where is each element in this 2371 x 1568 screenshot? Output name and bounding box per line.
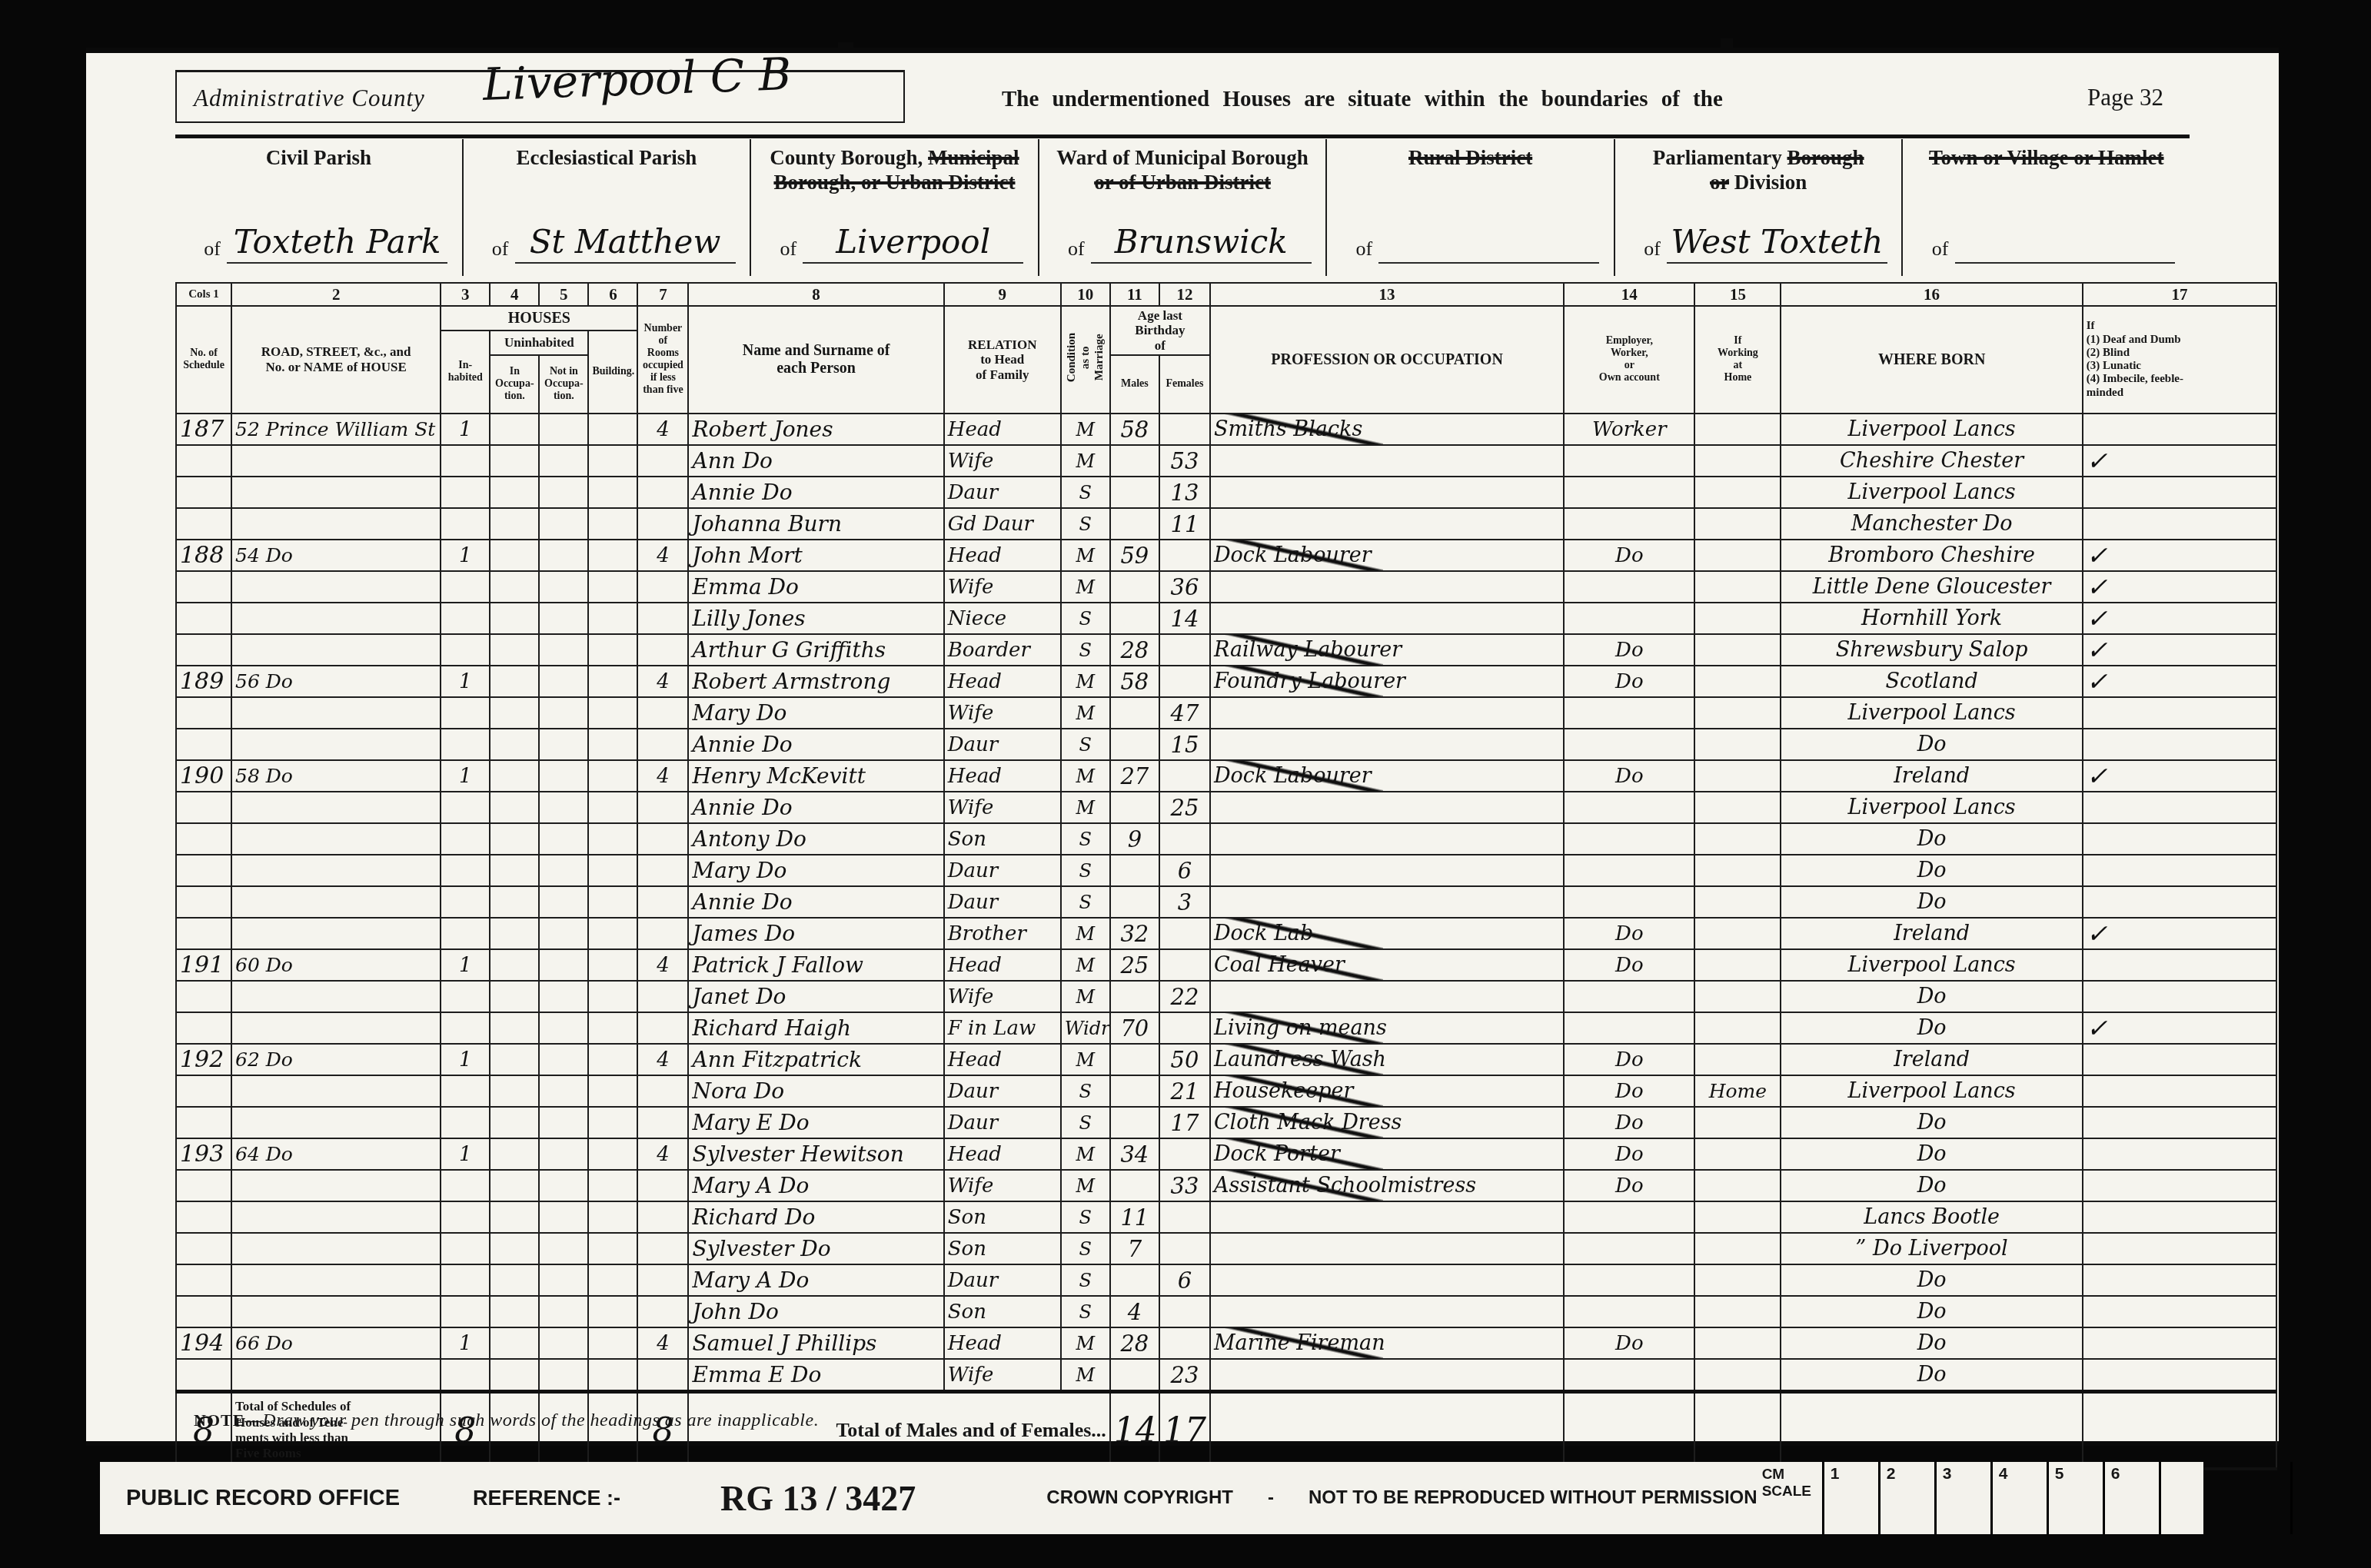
inhabited-cell: [441, 981, 490, 1012]
inhabited-cell: [441, 603, 490, 634]
road-cell: 56 Do: [231, 666, 441, 697]
road-cell: [231, 1012, 441, 1044]
table-row: 192 62 Do 1 4 Ann Fitzpatrick Head M 50 …: [176, 1044, 2276, 1075]
schedule-number-cell: [176, 634, 231, 666]
cm-scale-box: 5: [2047, 1462, 2103, 1534]
working-at-home-cell: [1694, 666, 1781, 697]
age-female-cell: [1159, 1201, 1210, 1233]
inhabited-cell: [441, 1170, 490, 1201]
in-occupation-cell: [490, 792, 539, 823]
road-cell: [231, 886, 441, 918]
profession-cell: Assistant Schoolmistress: [1210, 1170, 1564, 1201]
where-born-cell: Do: [1781, 981, 2082, 1012]
inhabited-cell: [441, 1264, 490, 1296]
reference-label: REFERENCE :-: [473, 1487, 620, 1510]
not-in-occupation-cell: [539, 445, 588, 477]
working-at-home-cell: [1694, 445, 1781, 477]
schedule-number-cell: [176, 981, 231, 1012]
name-cell: Henry McKevitt: [688, 760, 943, 792]
schedule-number-cell: [176, 855, 231, 886]
empty-cell: [1781, 1392, 2082, 1470]
infirmity-tick-cell: [2083, 823, 2276, 855]
column-number: 11: [1110, 283, 1159, 306]
age-female-cell: [1159, 1233, 1210, 1264]
relation-cell: Head: [944, 760, 1061, 792]
inhabited-cell: 1: [441, 1138, 490, 1170]
schedule-number-cell: 190: [176, 760, 231, 792]
condition-cell: S: [1061, 508, 1110, 540]
of-word: of: [1356, 238, 1373, 261]
in-occupation-cell: [490, 571, 539, 603]
empty-cell: [1564, 1392, 1694, 1470]
header-inhabited: In- habited: [441, 331, 490, 414]
profession-cell: Dock Labourer: [1210, 760, 1564, 792]
header-schedule: No. of Schedule: [176, 306, 231, 414]
column-number: 2: [231, 283, 441, 306]
profession-cell: Coal Heaver: [1210, 949, 1564, 981]
profession-cell: [1210, 886, 1564, 918]
inhabited-cell: [441, 1296, 490, 1327]
condition-cell: M: [1061, 697, 1110, 729]
age-female-cell: [1159, 1138, 1210, 1170]
working-at-home-cell: [1694, 1233, 1781, 1264]
inhabited-cell: [441, 729, 490, 760]
working-at-home-cell: [1694, 1201, 1781, 1233]
profession-cell: Housekeeper: [1210, 1075, 1564, 1107]
district-title-segment: Borough: [1787, 146, 1864, 169]
relation-cell: Wife: [944, 981, 1061, 1012]
employer-cell: Do: [1564, 1170, 1694, 1201]
working-at-home-cell: [1694, 414, 1781, 445]
road-cell: 64 Do: [231, 1138, 441, 1170]
condition-cell: S: [1061, 634, 1110, 666]
road-cell: [231, 729, 441, 760]
road-cell: [231, 1170, 441, 1201]
inhabited-cell: 1: [441, 666, 490, 697]
header-building: Building.: [588, 331, 637, 414]
profession-cell: Cloth Mack Dress: [1210, 1107, 1564, 1138]
road-cell: [231, 634, 441, 666]
age-male-cell: [1110, 886, 1159, 918]
age-female-cell: 3: [1159, 886, 1210, 918]
infirmity-tick-cell: ✓: [2083, 445, 2276, 477]
infirmity-tick-cell: [2083, 1138, 2276, 1170]
age-male-cell: 27: [1110, 760, 1159, 792]
schedule-number-cell: 193: [176, 1138, 231, 1170]
in-occupation-cell: [490, 1327, 539, 1359]
header-infirmity: If (1) Deaf and Dumb (2) Blind (3) Lunat…: [2083, 306, 2276, 414]
district-value-handwritten: [1378, 261, 1599, 264]
in-occupation-cell: [490, 540, 539, 571]
building-cell: [588, 1233, 637, 1264]
condition-cell: S: [1061, 1201, 1110, 1233]
profession-cell: Foundry Labourer: [1210, 666, 1564, 697]
employer-cell: Do: [1564, 1044, 1694, 1075]
relation-cell: Daur: [944, 1264, 1061, 1296]
age-male-cell: 4: [1110, 1296, 1159, 1327]
infirmity-tick-cell: [2083, 508, 2276, 540]
inhabited-cell: [441, 855, 490, 886]
condition-cell: S: [1061, 729, 1110, 760]
district-title-segment: Borough, or Urban District: [773, 171, 1015, 194]
building-cell: [588, 1044, 637, 1075]
condition-cell: M: [1061, 918, 1110, 949]
schedule-number-cell: 194: [176, 1327, 231, 1359]
header-not-in-occupation: Not in Occupa- tion.: [539, 355, 588, 414]
header-where-born: WHERE BORN: [1781, 306, 2082, 414]
district-title-segment: Rural District: [1408, 146, 1532, 169]
schedule-number-cell: 191: [176, 949, 231, 981]
name-cell: Annie Do: [688, 792, 943, 823]
header-name: Name and Surname of each Person: [688, 306, 943, 414]
road-cell: [231, 855, 441, 886]
where-born-cell: Shrewsbury Salop: [1781, 634, 2082, 666]
in-occupation-cell: [490, 697, 539, 729]
column-number: 3: [441, 283, 490, 306]
building-cell: [588, 1296, 637, 1327]
table-row: Richard Do Son S 11 Lancs Bootle: [176, 1201, 2276, 1233]
age-female-cell: [1159, 666, 1210, 697]
schedule-number-cell: [176, 571, 231, 603]
profession-cell: [1210, 823, 1564, 855]
working-at-home-cell: [1694, 508, 1781, 540]
condition-cell: M: [1061, 1327, 1110, 1359]
name-cell: Mary E Do: [688, 1107, 943, 1138]
road-cell: [231, 981, 441, 1012]
age-female-cell: [1159, 949, 1210, 981]
name-cell: Richard Haigh: [688, 1012, 943, 1044]
building-cell: [588, 697, 637, 729]
table-row: Mary Do Daur S 6 Do: [176, 855, 2276, 886]
age-female-cell: 47: [1159, 697, 1210, 729]
relation-cell: Niece: [944, 603, 1061, 634]
header-road: ROAD, STREET, &c., and No. or NAME of HO…: [231, 306, 441, 414]
name-cell: Sylvester Hewitson: [688, 1138, 943, 1170]
in-occupation-cell: [490, 1138, 539, 1170]
of-word: of: [1932, 238, 1949, 261]
not-in-occupation-cell: [539, 571, 588, 603]
rooms-cell: [637, 855, 688, 886]
not-in-occupation-cell: [539, 760, 588, 792]
not-in-occupation-cell: [539, 1107, 588, 1138]
infirmity-tick-cell: [2083, 697, 2276, 729]
header-age: Age last Birthday of: [1110, 306, 1210, 355]
road-cell: [231, 1359, 441, 1392]
where-born-cell: Little Dene Gloucester: [1781, 571, 2082, 603]
not-in-occupation-cell: [539, 1075, 588, 1107]
column-number: 6: [588, 283, 637, 306]
building-cell: [588, 508, 637, 540]
table-row: Annie Do Daur S 3 Do: [176, 886, 2276, 918]
profession-cell: [1210, 1296, 1564, 1327]
rooms-cell: [637, 1012, 688, 1044]
age-female-cell: 13: [1159, 477, 1210, 508]
age-female-cell: [1159, 1296, 1210, 1327]
table-row: Annie Do Daur S 15 Do: [176, 729, 2276, 760]
profession-cell: Dock Porter: [1210, 1138, 1564, 1170]
road-cell: [231, 603, 441, 634]
schedule-number-cell: [176, 477, 231, 508]
working-at-home-cell: [1694, 1107, 1781, 1138]
age-male-cell: 70: [1110, 1012, 1159, 1044]
where-born-cell: Liverpool Lancs: [1781, 414, 2082, 445]
district-title-segment: or: [1710, 171, 1729, 194]
in-occupation-cell: [490, 1012, 539, 1044]
profession-cell: [1210, 981, 1564, 1012]
not-in-occupation-cell: [539, 949, 588, 981]
profession-cell: [1210, 792, 1564, 823]
column-number: 14: [1564, 283, 1694, 306]
column-number: 15: [1694, 283, 1781, 306]
of-word: of: [204, 238, 221, 261]
schedule-number-cell: [176, 1264, 231, 1296]
employer-cell: [1564, 823, 1694, 855]
condition-cell: M: [1061, 666, 1110, 697]
infirmity-tick-cell: ✓: [2083, 571, 2276, 603]
where-born-cell: Do: [1781, 1170, 2082, 1201]
inhabited-cell: 1: [441, 949, 490, 981]
in-occupation-cell: [490, 886, 539, 918]
infirmity-tick-cell: [2083, 1233, 2276, 1264]
schedule-number-cell: [176, 697, 231, 729]
schedule-number-cell: [176, 1170, 231, 1201]
name-cell: Annie Do: [688, 886, 943, 918]
where-born-cell: Do: [1781, 1107, 2082, 1138]
age-male-cell: 28: [1110, 634, 1159, 666]
infirmity-tick-cell: [2083, 949, 2276, 981]
working-at-home-cell: [1694, 886, 1781, 918]
of-word: of: [1644, 238, 1661, 261]
infirmity-tick-cell: [2083, 1201, 2276, 1233]
building-cell: [588, 1170, 637, 1201]
working-at-home-cell: [1694, 1359, 1781, 1392]
building-cell: [588, 634, 637, 666]
profession-cell: [1210, 1233, 1564, 1264]
schedule-number-cell: [176, 1201, 231, 1233]
scanned-census-page: Administrative County Liverpool C B The …: [0, 0, 2371, 1568]
column-number: 10: [1061, 283, 1110, 306]
condition-cell: M: [1061, 760, 1110, 792]
rooms-cell: [637, 886, 688, 918]
column-number: Cols 1: [176, 283, 231, 306]
cm-scale-box-empty: [2159, 1462, 2293, 1534]
empty-cell: [1210, 1392, 1564, 1470]
not-in-occupation-cell: [539, 792, 588, 823]
district-box: County Borough, MunicipalBorough, or Urb…: [751, 139, 1039, 276]
table-row: 193 64 Do 1 4 Sylvester Hewitson Head M …: [176, 1138, 2276, 1170]
inhabited-cell: 1: [441, 1044, 490, 1075]
building-cell: [588, 666, 637, 697]
relation-cell: Wife: [944, 445, 1061, 477]
rooms-cell: 4: [637, 949, 688, 981]
name-cell: Arthur G Griffiths: [688, 634, 943, 666]
cm-scale-box: 1: [1822, 1462, 1878, 1534]
profession-cell: Marine Fireman: [1210, 1327, 1564, 1359]
employer-cell: [1564, 855, 1694, 886]
in-occupation-cell: [490, 634, 539, 666]
employer-cell: Do: [1564, 949, 1694, 981]
name-cell: Mary Do: [688, 855, 943, 886]
age-male-cell: 11: [1110, 1201, 1159, 1233]
rooms-cell: [637, 918, 688, 949]
working-at-home-cell: [1694, 918, 1781, 949]
footnote: NOTE—Draw your pen through such words of…: [194, 1410, 819, 1431]
column-number: 5: [539, 283, 588, 306]
working-at-home-cell: [1694, 1170, 1781, 1201]
age-female-cell: 36: [1159, 571, 1210, 603]
employer-cell: [1564, 792, 1694, 823]
header-uninhabited: Uninhabited: [490, 331, 588, 355]
relation-cell: Wife: [944, 792, 1061, 823]
condition-cell: M: [1061, 792, 1110, 823]
of-word: of: [1068, 238, 1085, 261]
district-title-segment: or of Urban District: [1094, 171, 1271, 194]
name-cell: Nora Do: [688, 1075, 943, 1107]
table-row: Mary E Do Daur S 17 Cloth Mack Dress Do …: [176, 1107, 2276, 1138]
cm-scale-boxes: 123456: [1822, 1462, 2293, 1534]
column-number-row: Cols 1234567891011121314151617: [176, 283, 2276, 306]
working-at-home-cell: [1694, 981, 1781, 1012]
employer-cell: Worker: [1564, 414, 1694, 445]
header-condition: Condition as to Marriage: [1061, 306, 1110, 414]
road-cell: [231, 697, 441, 729]
profession-cell: [1210, 1359, 1564, 1392]
working-at-home-cell: [1694, 1138, 1781, 1170]
age-male-cell: [1110, 571, 1159, 603]
profession-cell: Dock Lab: [1210, 918, 1564, 949]
column-number: 4: [490, 283, 539, 306]
road-cell: 62 Do: [231, 1044, 441, 1075]
rooms-cell: 4: [637, 414, 688, 445]
condition-cell: S: [1061, 1264, 1110, 1296]
schedule-number-cell: [176, 445, 231, 477]
table-row: Arthur G Griffiths Boarder S 28 Railway …: [176, 634, 2276, 666]
age-male-cell: 28: [1110, 1327, 1159, 1359]
name-cell: Mary A Do: [688, 1264, 943, 1296]
working-at-home-cell: [1694, 1296, 1781, 1327]
where-born-cell: Do: [1781, 855, 2082, 886]
inhabited-cell: [441, 1201, 490, 1233]
schedule-number-cell: [176, 1075, 231, 1107]
infirmity-tick-cell: ✓: [2083, 540, 2276, 571]
inhabited-cell: [441, 918, 490, 949]
age-female-cell: 25: [1159, 792, 1210, 823]
rooms-cell: [637, 823, 688, 855]
district-title-segment: Municipal: [928, 146, 1019, 169]
rooms-cell: [637, 1107, 688, 1138]
employer-cell: [1564, 571, 1694, 603]
district-title-segment: County Borough,: [770, 146, 928, 169]
in-occupation-cell: [490, 823, 539, 855]
district-box: Civil ParishofToxteth Park: [175, 139, 464, 276]
table-row: 191 60 Do 1 4 Patrick J Fallow Head M 25…: [176, 949, 2276, 981]
table-row: Richard Haigh F in Law Widr 70 Living on…: [176, 1012, 2276, 1044]
not-in-occupation-cell: [539, 1233, 588, 1264]
age-female-cell: 23: [1159, 1359, 1210, 1392]
rooms-cell: [637, 603, 688, 634]
schedule-number-cell: 192: [176, 1044, 231, 1075]
condition-cell: M: [1061, 414, 1110, 445]
rooms-cell: [637, 1201, 688, 1233]
table-row: 190 58 Do 1 4 Henry McKevitt Head M 27 D…: [176, 760, 2276, 792]
working-at-home-cell: [1694, 1012, 1781, 1044]
age-female-cell: 22: [1159, 981, 1210, 1012]
name-cell: Antony Do: [688, 823, 943, 855]
road-cell: [231, 792, 441, 823]
age-male-cell: [1110, 697, 1159, 729]
age-male-cell: 9: [1110, 823, 1159, 855]
profession-cell: [1210, 697, 1564, 729]
age-female-cell: [1159, 760, 1210, 792]
building-cell: [588, 918, 637, 949]
not-in-occupation-cell: [539, 634, 588, 666]
rooms-cell: [637, 1264, 688, 1296]
employer-cell: [1564, 697, 1694, 729]
archive-footer-strip: PUBLIC RECORD OFFICE REFERENCE :- RG 13 …: [100, 1462, 2203, 1534]
building-cell: [588, 760, 637, 792]
building-cell: [588, 1264, 637, 1296]
road-cell: [231, 1075, 441, 1107]
road-cell: [231, 918, 441, 949]
condition-cell: M: [1061, 571, 1110, 603]
table-row: James Do Brother M 32 Dock Lab Do Irelan…: [176, 918, 2276, 949]
district-title-segment: Civil Parish: [266, 146, 371, 169]
profession-cell: [1210, 1201, 1564, 1233]
table-row: Nora Do Daur S 21 Housekeeper Do Home Li…: [176, 1075, 2276, 1107]
relation-cell: Son: [944, 823, 1061, 855]
rooms-cell: [637, 729, 688, 760]
total-females: 17: [1159, 1392, 1210, 1470]
inhabited-cell: [441, 1012, 490, 1044]
not-in-occupation-cell: [539, 823, 588, 855]
age-female-cell: 6: [1159, 1264, 1210, 1296]
profession-cell: Living on means: [1210, 1012, 1564, 1044]
infirmity-tick-cell: ✓: [2083, 666, 2276, 697]
not-in-occupation-cell: [539, 540, 588, 571]
employer-cell: [1564, 1264, 1694, 1296]
name-cell: John Do: [688, 1296, 943, 1327]
relation-cell: Son: [944, 1233, 1061, 1264]
infirmity-tick-cell: ✓: [2083, 918, 2276, 949]
inhabited-cell: [441, 508, 490, 540]
not-in-occupation-cell: [539, 1012, 588, 1044]
employer-cell: [1564, 1201, 1694, 1233]
header-profession: PROFESSION OR OCCUPATION: [1210, 306, 1564, 414]
condition-cell: M: [1061, 949, 1110, 981]
rooms-cell: [637, 571, 688, 603]
working-at-home-cell: [1694, 792, 1781, 823]
relation-cell: Wife: [944, 1359, 1061, 1392]
not-in-occupation-cell: [539, 729, 588, 760]
building-cell: [588, 981, 637, 1012]
not-in-occupation-cell: [539, 666, 588, 697]
rooms-cell: 4: [637, 1138, 688, 1170]
table-row: John Do Son S 4 Do: [176, 1296, 2276, 1327]
not-in-occupation-cell: [539, 1296, 588, 1327]
in-occupation-cell: [490, 1075, 539, 1107]
working-at-home-cell: [1694, 477, 1781, 508]
profession-cell: [1210, 508, 1564, 540]
header-relation: RELATION to Head of Family: [944, 306, 1061, 414]
header-in-occupation: In Occupa- tion.: [490, 355, 539, 414]
in-occupation-cell: [490, 1201, 539, 1233]
age-female-cell: 15: [1159, 729, 1210, 760]
infirmity-tick-cell: ✓: [2083, 1012, 2276, 1044]
name-cell: Sylvester Do: [688, 1233, 943, 1264]
in-occupation-cell: [490, 1359, 539, 1392]
name-cell: Robert Armstrong: [688, 666, 943, 697]
not-in-occupation-cell: [539, 603, 588, 634]
